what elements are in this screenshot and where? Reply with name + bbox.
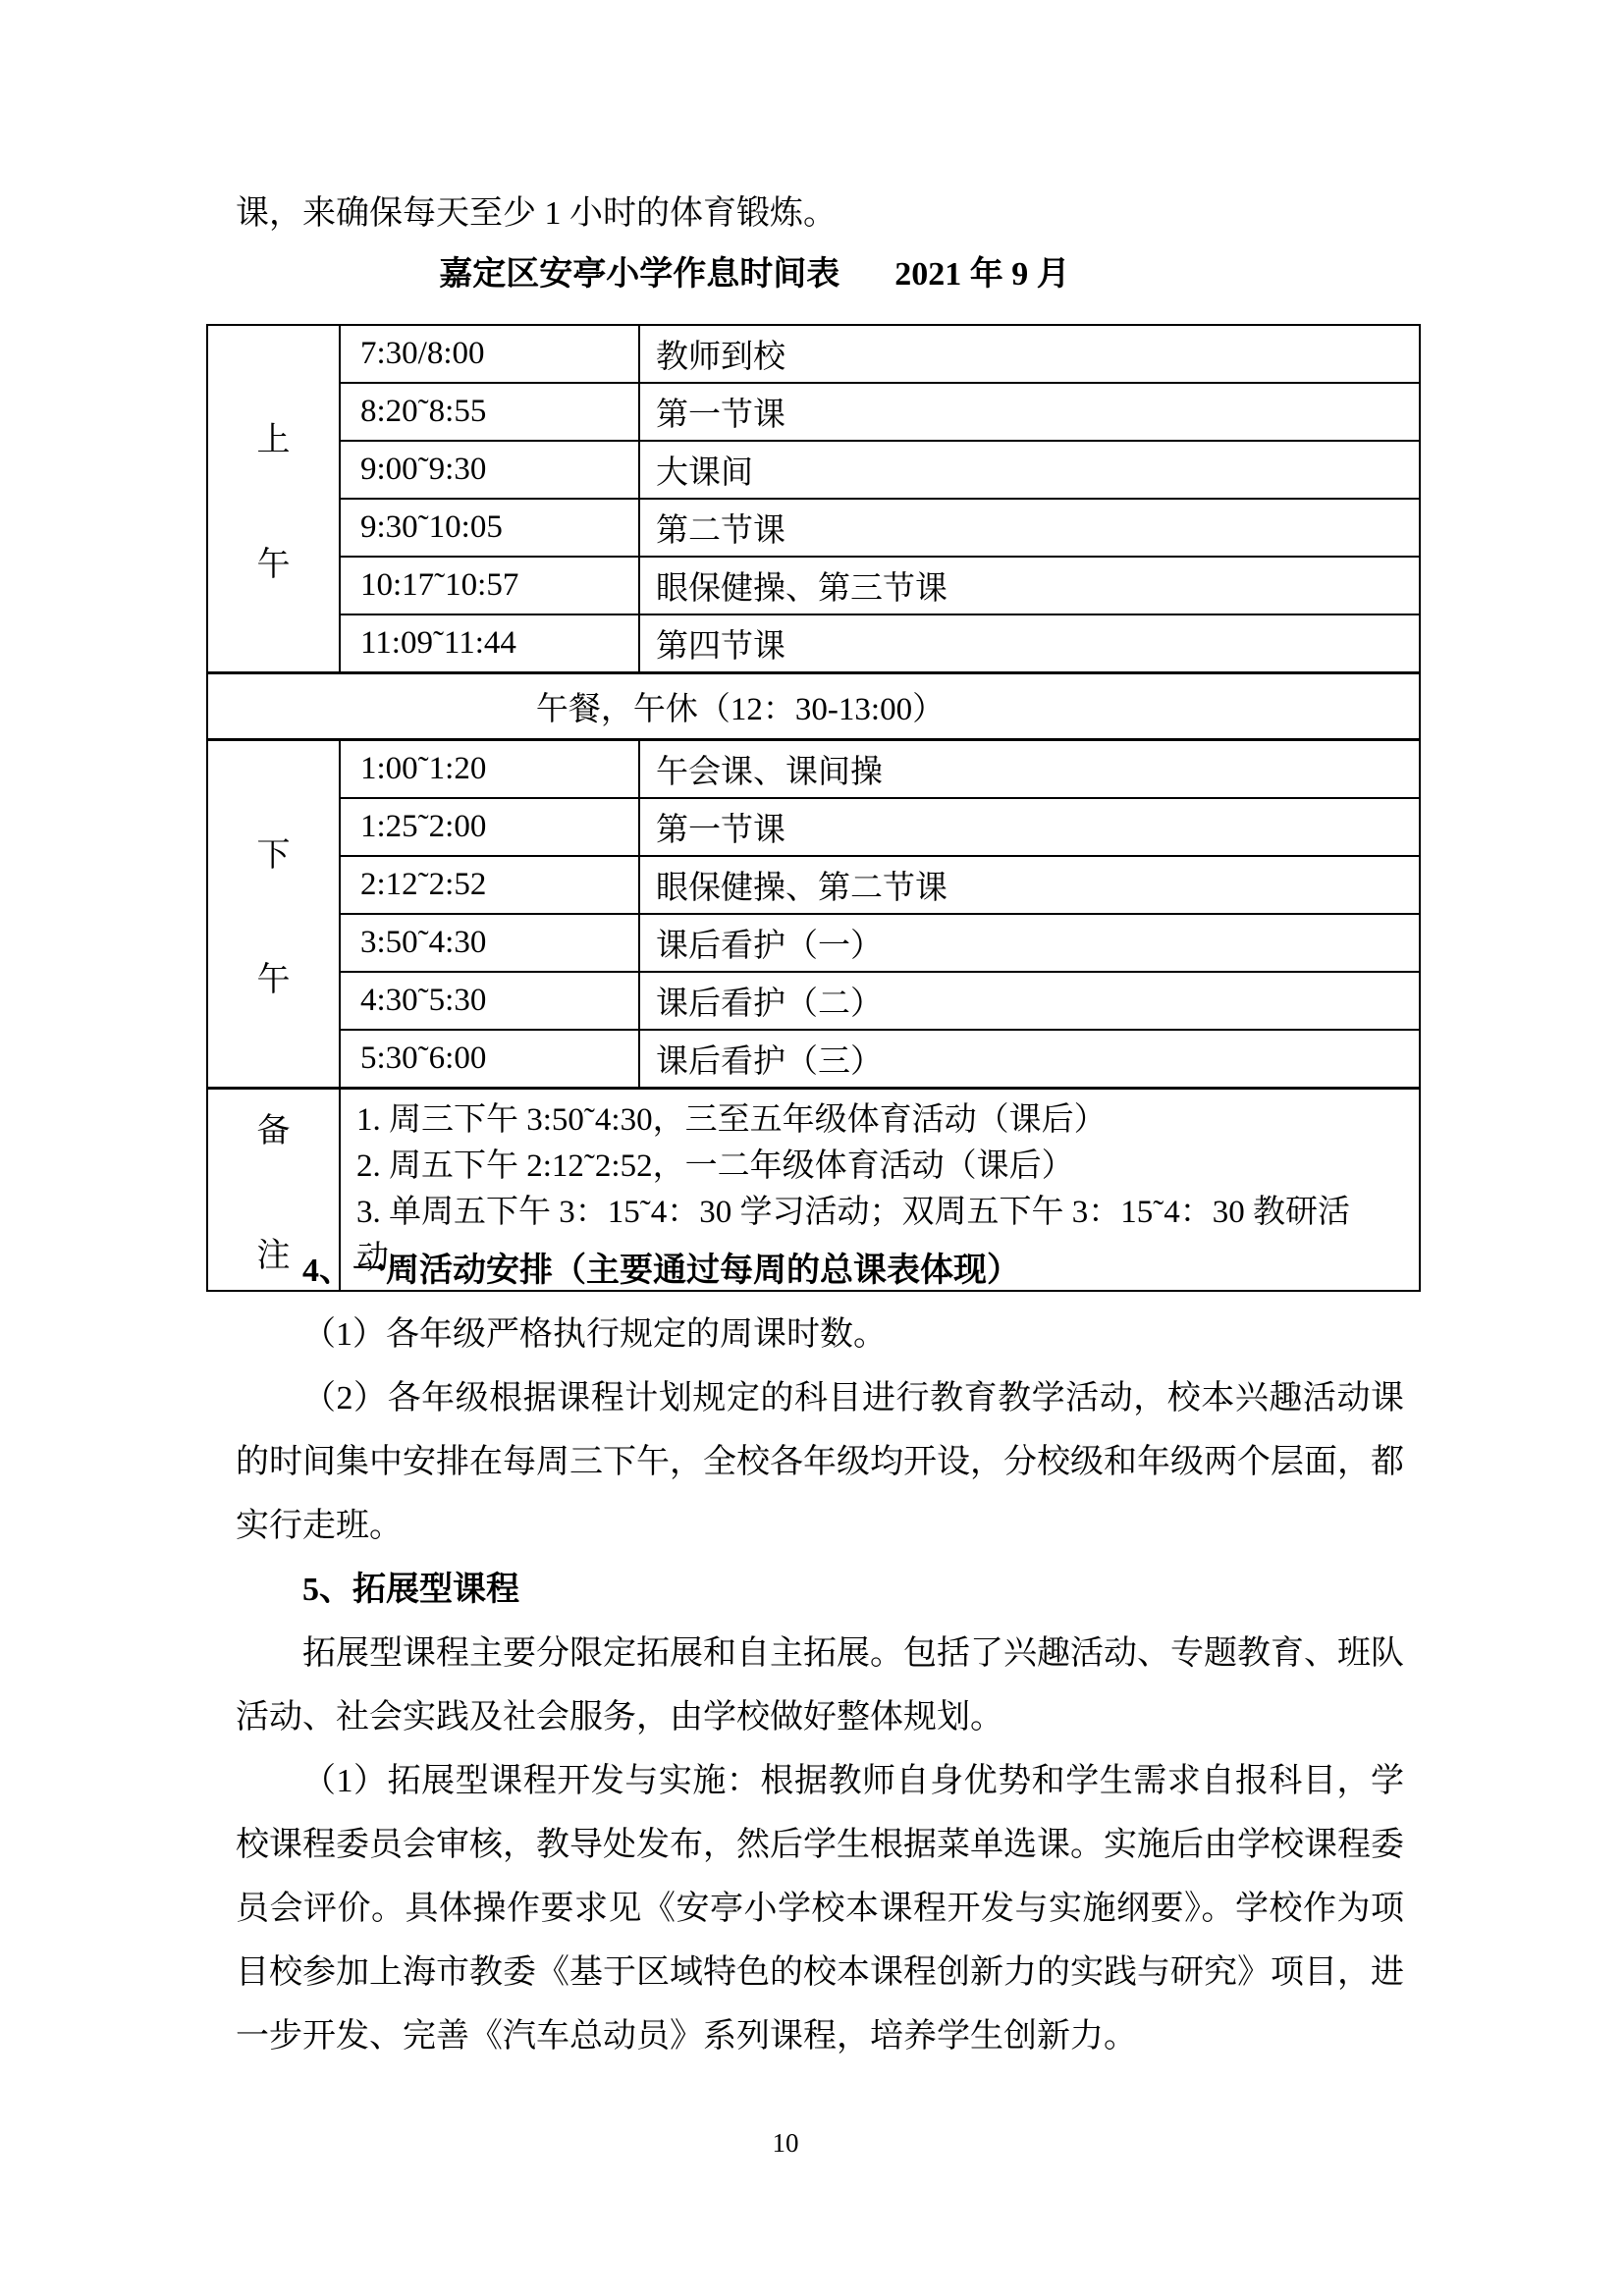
table-row: 9:00˜9:30 大课间 bbox=[207, 441, 1420, 499]
table-row: 1:25˜2:00 第一节课 bbox=[207, 798, 1420, 856]
afternoon-label-char: 下 bbox=[257, 828, 291, 876]
paragraph-line: 目校参加上海市教委《基于区域特色的校本课程创新力的实践与研究》项目，进 bbox=[236, 1941, 1404, 2004]
paragraph-line: （2）各年级根据课程计划规定的科目进行教育教学活动，校本兴趣活动课 bbox=[236, 1366, 1404, 1430]
morning-label-char: 上 bbox=[257, 412, 291, 460]
time-cell: 10:17˜10:57 bbox=[340, 557, 639, 614]
time-cell: 2:12˜2:52 bbox=[340, 856, 639, 914]
table-row: 5:30˜6:00 课后看护（三） bbox=[207, 1030, 1420, 1089]
note-line: 2. 周五下午 2:12˜2:52，一二年级体育活动（课后） bbox=[356, 1144, 1419, 1190]
page-number: 10 bbox=[206, 2128, 1365, 2159]
time-cell: 3:50˜4:30 bbox=[340, 914, 639, 972]
table-row: 4:30˜5:30 课后看护（二） bbox=[207, 972, 1420, 1030]
notes-label-char: 备 bbox=[257, 1103, 291, 1151]
activity-cell: 课后看护（二） bbox=[639, 972, 1420, 1030]
section-heading-4: 4、一周活动安排（主要通过每周的总课表体现） bbox=[236, 1239, 1404, 1303]
time-cell: 1:00˜1:20 bbox=[340, 740, 639, 799]
activity-cell: 午会课、课间操 bbox=[639, 740, 1420, 799]
time-cell: 7:30/8:00 bbox=[340, 325, 639, 383]
document-page: { "intro": { "text": "课，来确保每天至少 1 小时的体育锻… bbox=[0, 0, 1624, 2296]
table-row: 上 午 7:30/8:00 教师到校 bbox=[207, 325, 1420, 383]
table-row: 2:12˜2:52 眼保健操、第二节课 bbox=[207, 856, 1420, 914]
table-row: 下 午 1:00˜1:20 午会课、课间操 bbox=[207, 740, 1420, 799]
paragraph-line: 的时间集中安排在每周三下午，全校各年级均开设，分校级和年级两个层面，都 bbox=[236, 1430, 1404, 1494]
paragraph-line: 拓展型课程主要分限定拓展和自主拓展。包括了兴趣活动、专题教育、班队 bbox=[236, 1622, 1404, 1685]
schedule-table: 上 午 7:30/8:00 教师到校 8:20˜8:55 第一节课 9:00˜9… bbox=[206, 324, 1421, 1292]
note-line: 3. 单周五下午 3：15˜4：30 学习活动；双周五下午 3：15˜4：30 … bbox=[356, 1190, 1419, 1236]
table-row: 10:17˜10:57 眼保健操、第三节课 bbox=[207, 557, 1420, 614]
lunch-cell: 午餐，午休（12：30-13:00） bbox=[207, 673, 1420, 740]
lunch-row: 午餐，午休（12：30-13:00） bbox=[207, 673, 1420, 740]
activity-cell: 课后看护（三） bbox=[639, 1030, 1420, 1089]
paragraph-line: 一步开发、完善《汽车总动员》系列课程，培养学生创新力。 bbox=[236, 2004, 1404, 2068]
table-row: 3:50˜4:30 课后看护（一） bbox=[207, 914, 1420, 972]
intro-paragraph: 课，来确保每天至少 1 小时的体育锻炼。 bbox=[236, 196, 837, 232]
time-cell: 9:30˜10:05 bbox=[340, 499, 639, 557]
table-row: 11:09˜11:44 第四节课 bbox=[207, 614, 1420, 673]
activity-cell: 眼保健操、第三节课 bbox=[639, 557, 1420, 614]
time-cell: 5:30˜6:00 bbox=[340, 1030, 639, 1089]
time-cell: 4:30˜5:30 bbox=[340, 972, 639, 1030]
activity-cell: 课后看护（一） bbox=[639, 914, 1420, 972]
paragraph-line: 活动、社会实践及社会服务，由学校做好整体规划。 bbox=[236, 1685, 1404, 1749]
time-cell: 8:20˜8:55 bbox=[340, 383, 639, 441]
paragraph-line: （1）拓展型课程开发与实施：根据教师自身优势和学生需求自报科目，学 bbox=[236, 1749, 1404, 1813]
activity-cell: 第四节课 bbox=[639, 614, 1420, 673]
paragraph-line: （1）各年级严格执行规定的周课时数。 bbox=[236, 1303, 1404, 1366]
section-heading-5: 5、拓展型课程 bbox=[236, 1558, 1404, 1622]
paragraph-line: 校课程委员会审核，教导处发布，然后学生根据菜单选课。实施后由学校课程委 bbox=[236, 1813, 1404, 1877]
activity-cell: 第一节课 bbox=[639, 383, 1420, 441]
morning-label: 上 午 bbox=[208, 337, 339, 661]
afternoon-label-cell: 下 午 bbox=[207, 740, 340, 1089]
morning-label-char: 午 bbox=[257, 537, 291, 585]
activity-cell: 第二节课 bbox=[639, 499, 1420, 557]
schedule-title: 嘉定区安亭小学作息时间表2021 年 9 月 bbox=[206, 255, 1421, 294]
paragraph-line: 员会评价。具体操作要求见《安亭小学校本课程开发与实施纲要》。学校作为项 bbox=[236, 1877, 1404, 1941]
time-cell: 9:00˜9:30 bbox=[340, 441, 639, 499]
table-row: 9:30˜10:05 第二节课 bbox=[207, 499, 1420, 557]
afternoon-label: 下 午 bbox=[208, 752, 339, 1076]
activity-cell: 教师到校 bbox=[639, 325, 1420, 383]
activity-cell: 眼保健操、第二节课 bbox=[639, 856, 1420, 914]
time-cell: 11:09˜11:44 bbox=[340, 614, 639, 673]
body-text: 4、一周活动安排（主要通过每周的总课表体现） （1）各年级严格执行规定的周课时数… bbox=[236, 1239, 1404, 2068]
schedule-title-date: 2021 年 9 月 bbox=[894, 256, 1070, 293]
note-line: 1. 周三下午 3:50˜4:30，三至五年级体育活动（课后） bbox=[356, 1097, 1419, 1144]
activity-cell: 第一节课 bbox=[639, 798, 1420, 856]
afternoon-label-char: 午 bbox=[257, 952, 291, 1000]
morning-label-cell: 上 午 bbox=[207, 325, 340, 673]
table-row: 8:20˜8:55 第一节课 bbox=[207, 383, 1420, 441]
time-cell: 1:25˜2:00 bbox=[340, 798, 639, 856]
paragraph-line: 实行走班。 bbox=[236, 1494, 1404, 1558]
activity-cell: 大课间 bbox=[639, 441, 1420, 499]
schedule-title-text: 嘉定区安亭小学作息时间表 bbox=[439, 256, 839, 293]
